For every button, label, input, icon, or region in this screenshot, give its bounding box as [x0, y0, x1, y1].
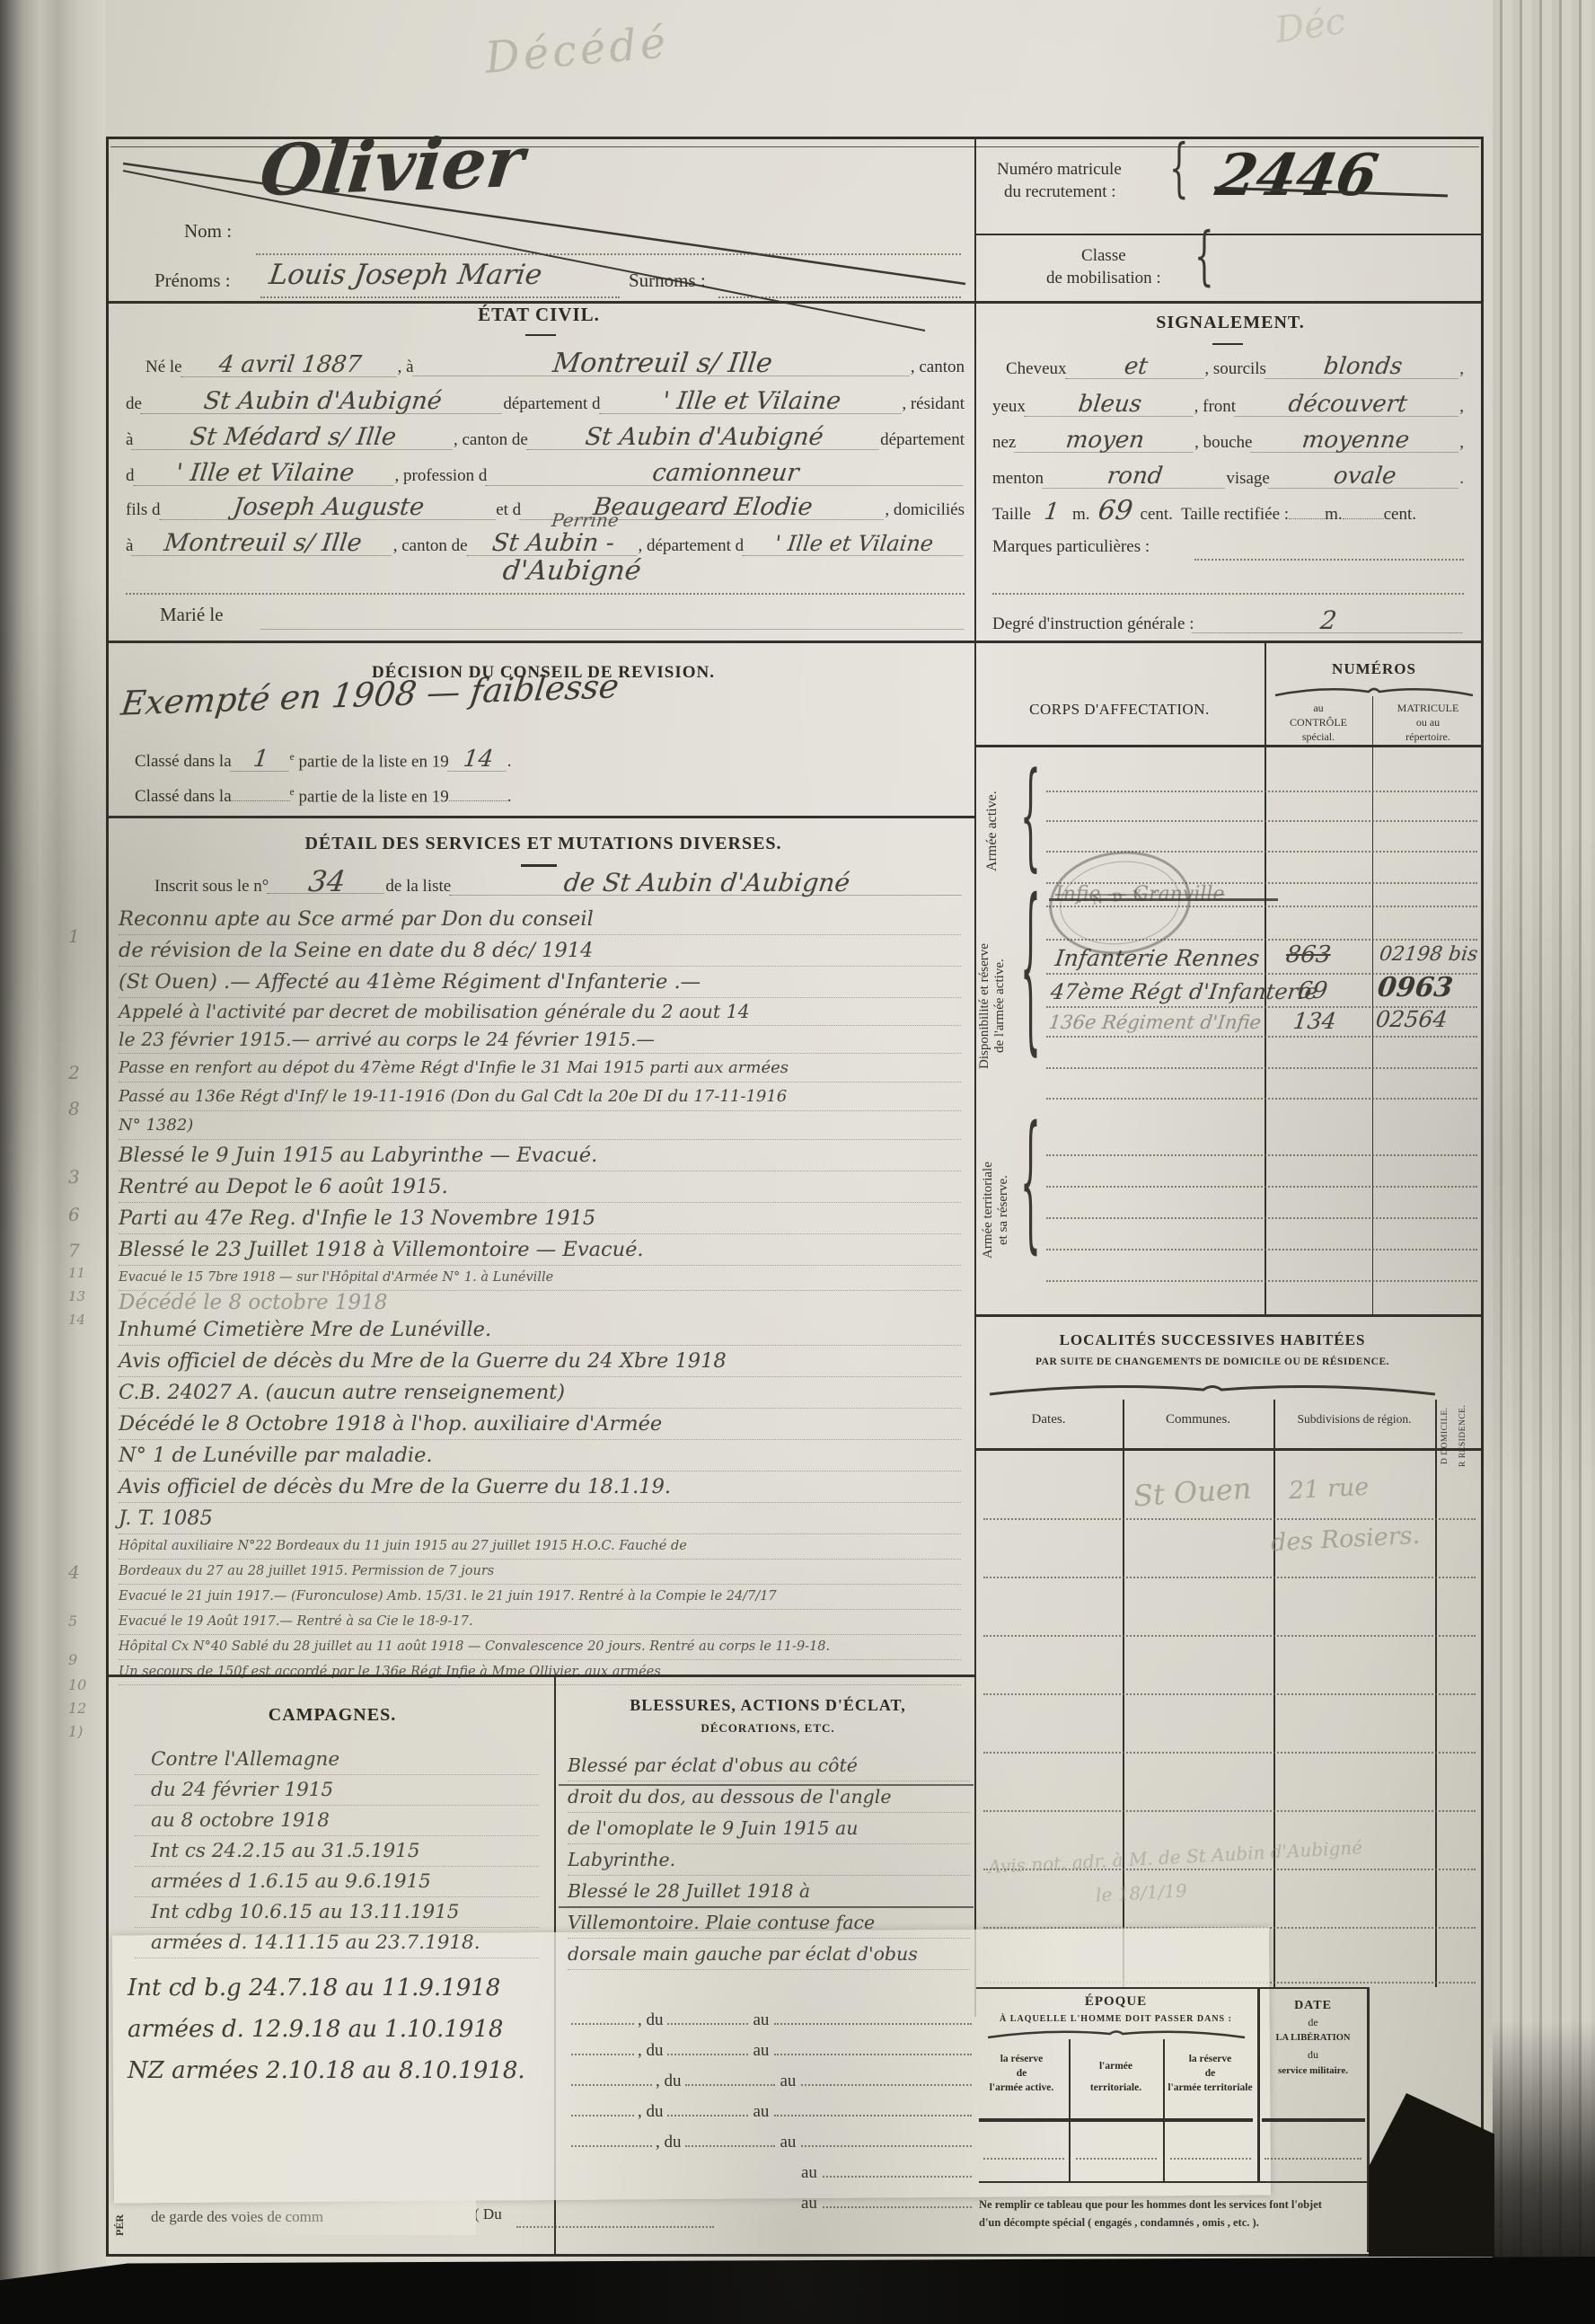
campagnes-lines: Contre l'Allemagnedu 24 février 1915au 8… [135, 1745, 539, 1958]
margin-number: 9 [68, 1651, 77, 1668]
service-line: N° 1382) [119, 1111, 961, 1140]
localites-subtitle: PAR SUITE DE CHANGEMENTS DE DOMICILE OU … [983, 1356, 1441, 1367]
blessures-title: BLESSURES, ACTIONS D'ÉCLAT, [575, 1696, 961, 1715]
numeros-brace [1273, 685, 1475, 697]
residence-departement: ' Ille et Vilaine [133, 462, 396, 486]
service-line: C.B. 24027 A. (aucun autre renseignement… [119, 1377, 961, 1409]
campagne-line: Int cs 24.2.15 au 31.5.1915 [135, 1836, 539, 1867]
inscrit-liste: de St Aubin d'Aubigné [450, 871, 965, 896]
footer-fade [216, 2199, 476, 2235]
service-line: Avis officiel de décès du Mre de la Guer… [119, 1346, 961, 1377]
corps-row-2-n2: 0963 [1376, 972, 1455, 1003]
numero-brace: { [1169, 131, 1189, 207]
service-line: Décédé le 8 Octobre 1918 à l'hop. auxili… [119, 1409, 961, 1440]
margin-number: 8 [68, 1098, 80, 1119]
campagne-patch-line: NZ armées 2.10.18 au 8.10.1918. [128, 2050, 550, 2091]
campagne-patch-line: armées d. 12.9.18 au 1.10.1918 [128, 2009, 550, 2050]
residence: St Médard s/ Ille [132, 426, 455, 450]
periodes-du-au: , duau , duau , duau , duau , duau au au [571, 2010, 972, 2224]
residence-canton: St Aubin d'Aubigné [526, 426, 882, 450]
periodes-rotated-label: PÉR [113, 2203, 127, 2248]
profession: camionneur [486, 462, 966, 486]
margin-number: 1 [68, 925, 80, 947]
campagne-line: du 24 février 1915 [135, 1775, 539, 1806]
margin-number: 3 [68, 1166, 80, 1188]
blessure-line: droit du dos, au dessous de l'angle [568, 1781, 970, 1813]
scanned-page: Décédé Déc 1 2 8 3 6 7 11 13 14 4 5 9 10… [0, 0, 1595, 2324]
father-name: Joseph Auguste [159, 496, 498, 520]
blessures-lines: Blessé par éclat d'obus au côtédroit du … [568, 1750, 970, 1970]
service-line: Hôpital Cx N°40 Sablé du 28 juillet au 1… [119, 1635, 961, 1660]
taille-m: 1 [1029, 500, 1073, 524]
classe-label: Classede mobilisation : [1046, 244, 1161, 289]
territoriale-brace: { [1020, 1100, 1041, 1269]
services-lines: Reconnu apte au Sce armé par Don du cons… [119, 904, 961, 1685]
service-line: Hôpital auxiliaire N°22 Bordeaux du 11 j… [119, 1534, 961, 1560]
nom-label: Nom : [184, 220, 232, 243]
numeros-header: NUMÉROS [1265, 660, 1484, 678]
visage-value: ovale [1268, 464, 1461, 489]
epoque-col-territoriale: l'arméeterritoriale. [1069, 2059, 1163, 2095]
blessures-rule-1 [559, 1784, 974, 1786]
margin-number: 6 [68, 1204, 80, 1225]
main-divider [974, 137, 976, 2017]
service-line: Appelé à l'activité par decret de mobili… [119, 998, 961, 1026]
epoque-note: Ne remplir ce tableau que pour les homme… [979, 2196, 1367, 2231]
classe-brace: { [1194, 219, 1214, 295]
inscrit-numero: 34 [268, 870, 387, 894]
marques-label: Marques particulières : [992, 537, 1150, 557]
parents-domicile: Montreuil s/ Ille [132, 532, 395, 556]
epoque-col-reserve-active: la réservedel'armée active. [974, 2052, 1069, 2095]
corps-row-2: 47ème Régt d'Infanterie [1049, 979, 1318, 1004]
menton-value: rond [1042, 464, 1228, 489]
binding-edge [0, 0, 106, 2324]
service-line: Blessé le 23 Juillet 1918 à Villemontoir… [119, 1234, 961, 1266]
inscrit-label: Inscrit sous le n° [154, 877, 269, 897]
blessure-line: Villemontoire. Plaie contuse face [568, 1907, 970, 1939]
localites-col-domicile: D DOMICILE. [1441, 1391, 1450, 1480]
cheveux-value: et [1065, 355, 1206, 379]
service-line: Avis officiel de décès du Mre de la Guer… [119, 1471, 961, 1503]
signalement-title: SIGNALEMENT. [1060, 313, 1401, 333]
yeux-value: bleus [1024, 393, 1195, 417]
localites-col-subdivisions: Subdivisions de région. [1273, 1412, 1435, 1427]
nom-value: Olivier [256, 121, 527, 213]
campagnes-title: CAMPAGNES. [180, 1705, 485, 1726]
epoque-subtitle: À LAQUELLE L'HOMME DOIT PASSER DANS : [974, 2014, 1257, 2024]
corps-row-1-n2: 02198 bis [1378, 943, 1478, 966]
blessure-line: de l'omoplate le 9 Juin 1915 au [568, 1813, 970, 1844]
birth-canton: St Aubin d'Aubigné [140, 390, 505, 414]
margin-number: 10 [68, 1676, 86, 1693]
campagne-line: armées d 1.6.15 au 9.6.1915 [135, 1867, 539, 1897]
disponibilite-label: Disponibilité et réservede l'armée activ… [977, 898, 1008, 1114]
parents-departement: ' Ille et Vilaine [743, 532, 966, 556]
campagne-line: armées d. 14.11.15 au 23.7.1918. [135, 1928, 539, 1958]
birth-departement: ' Ille et Vilaine [599, 390, 903, 414]
corps-row-2-n1: 69 [1296, 977, 1329, 1004]
localites-col-communes: Communes. [1123, 1412, 1273, 1427]
service-line: J. T. 1085 [119, 1503, 961, 1534]
service-line: Blessé le 9 Juin 1915 au Labyrinthe — Ev… [119, 1140, 961, 1171]
margin-number: 2 [68, 1062, 80, 1083]
classe-annee-1: 14 [447, 747, 508, 772]
parents-canton: St Aubin -Perrine [466, 532, 639, 556]
localites-col-dates: Dates. [974, 1412, 1123, 1427]
corner-scribble: Déc [1273, 1, 1348, 51]
corps-affectation-header: CORPS D'AFFECTATION. [974, 701, 1265, 719]
service-line: Evacué le 15 7bre 1918 — sur l'Hôpital d… [119, 1266, 961, 1291]
blessures-rule-2 [559, 1906, 974, 1908]
blessure-line: Labyrinthe. [568, 1844, 970, 1876]
margin-number: 14 [68, 1312, 85, 1328]
localites-col-residence: R RÉSIDENCE. [1458, 1391, 1467, 1480]
du-open-label: ( Du [474, 2205, 502, 2223]
blessure-line: Blessé par éclat d'obus au côté [568, 1750, 970, 1781]
margin-number: 12 [68, 1700, 86, 1717]
degre-instruction-value: 2 [1193, 609, 1466, 633]
service-line: Evacué le 21 juin 1917.— (Furonculose) A… [119, 1585, 961, 1610]
margin-number: 5 [68, 1613, 77, 1630]
birth-date: 4 avril 1887 [181, 353, 399, 377]
margin-number: 4 [68, 1561, 80, 1583]
sourcils-value: blonds [1265, 355, 1461, 379]
campagne-patch-line: Int cd b.g 24.7.18 au 11.9.1918 [128, 1967, 550, 2009]
blessure-line: Blessé le 28 Juillet 1918 à [568, 1876, 970, 1907]
service-line: N° 1 de Lunéville par maladie. [119, 1440, 961, 1471]
service-line: Décédé le 8 octobre 1918 [119, 1291, 961, 1314]
aubigne-continuation: d'Aubigné [501, 555, 643, 587]
services-title: DÉTAIL DES SERVICES ET MUTATIONS DIVERSE… [207, 834, 880, 854]
campagne-line: Contre l'Allemagne [135, 1745, 539, 1775]
service-line: Inhumé Cimetière Mre de Lunéville. [119, 1314, 961, 1346]
margin-number: 1) [68, 1723, 83, 1740]
front-value: découvert [1234, 393, 1461, 417]
numero-matricule-value: 2446 [1211, 142, 1382, 209]
matricule-repertoire-header: MATRICULEou aurépertoire. [1372, 701, 1484, 744]
localites-subdiv-entry-1: 21 rue [1288, 1473, 1370, 1506]
perrine-superscript: Perrine [550, 508, 620, 532]
controle-special-header: auCONTRÔLEspécial. [1265, 701, 1372, 744]
service-line: Rentré au Depot le 6 août 1915. [119, 1171, 961, 1203]
bouche-value: moyenne [1251, 429, 1461, 453]
corps-row-1-n1: 863 [1284, 941, 1332, 968]
campagne-line: au 8 octobre 1918 [135, 1806, 539, 1836]
epoque-date-col: DATEdeLA LIBÉRATIONduservice militaire. [1259, 1998, 1367, 2079]
service-line: le 23 février 1915.— arrivé au corps le … [119, 1026, 961, 1054]
surnoms-label: Surnoms : [629, 270, 706, 292]
bottom-black-band [0, 2257, 1595, 2324]
service-line: (St Ouen) .— Affecté au 41ème Régiment d… [119, 967, 961, 998]
service-line: Passe en renfort au dépot du 47ème Régt … [119, 1054, 961, 1082]
corps-row-3-n2: 02564 [1374, 1006, 1449, 1032]
prenoms-label: Prénoms : [154, 270, 231, 292]
corps-row-3: 136e Régiment d'Infie [1048, 1012, 1263, 1033]
campagne-line: Int cdbg 10.6.15 au 13.11.1915 [135, 1897, 539, 1928]
epoque-brace [986, 2028, 1247, 2039]
margin-number: 11 [68, 1265, 85, 1281]
service-line: Evacué le 19 Août 1917.— Rentré à sa Cie… [119, 1610, 961, 1635]
territoriale-label: Armée territorialeet sa réserve. [981, 1123, 1011, 1298]
service-line: de révision de la Seine en date du 8 déc… [119, 935, 961, 967]
classe-partie-1: 1 [230, 747, 291, 772]
service-line: Bordeaux du 27 au 28 juillet 1915. Permi… [119, 1560, 961, 1585]
deceased-pencil-note: Décédé [483, 17, 671, 84]
page-stack-edge [1493, 0, 1595, 2324]
campagnes-patch-lines: Int cd b.g 24.7.18 au 11.9.1918armées d.… [128, 1967, 550, 2091]
degre-instruction-label: Degré d'instruction générale : [992, 614, 1194, 634]
service-line: Reconnu apte au Sce armé par Don du cons… [119, 904, 961, 935]
birth-place: Montreuil s/ Ille [412, 352, 912, 376]
corps-row-3-n1: 134 [1291, 1008, 1337, 1034]
taille-cm: 69 [1088, 499, 1141, 523]
blessures-subtitle: DÉCORATIONS, ETC. [575, 1721, 961, 1736]
localites-brace [988, 1382, 1437, 1396]
margin-number: 13 [68, 1288, 85, 1304]
armee-active-label: Armée active. [984, 764, 1000, 898]
etat-civil-title: ÉTAT CIVIL. [359, 304, 718, 326]
ne-le-label: Né le [145, 358, 182, 377]
numero-matricule-label: Numéro matriculedu recrutement : [997, 158, 1122, 203]
service-line: Passé au 136e Régt d'Inf/ le 19-11-1916 … [119, 1082, 961, 1111]
marie-le-label: Marié le [160, 604, 224, 626]
classe-annee-2 [449, 800, 507, 801]
epoque-title: ÉPOQUE [974, 1994, 1257, 2010]
armee-active-brace: { [1020, 752, 1041, 885]
service-line: Parti au 47e Reg. d'Infie le 13 Novembre… [119, 1203, 961, 1234]
epoque-col-reserve-territoriale: la réservedel'armée territoriale [1163, 2052, 1257, 2095]
classe-partie-2 [232, 800, 290, 801]
nez-value: moyen [1015, 429, 1196, 453]
service-line: Un secours de 150f est accordé par le 13… [119, 1660, 961, 1685]
margin-number: 7 [68, 1240, 80, 1261]
blessure-line: dorsale main gauche par éclat d'obus [568, 1939, 970, 1970]
localites-title: LOCALITÉS SUCCESSIVES HABITÉES [983, 1331, 1441, 1349]
disponibilite-brace: { [1020, 868, 1041, 1074]
corps-row-1: Infanterie Rennes [1053, 945, 1261, 971]
prenoms-value: Louis Joseph Marie [267, 259, 543, 291]
